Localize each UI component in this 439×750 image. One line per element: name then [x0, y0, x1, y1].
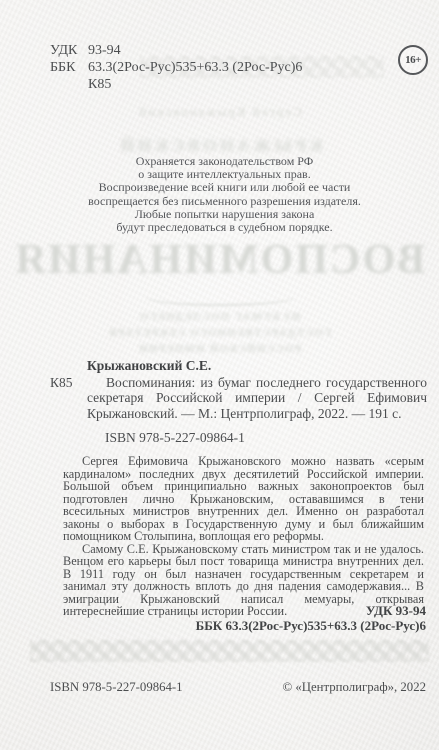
catalog-entry: Крыжановский С.Е. К85 Воспоминания: из б…	[50, 358, 427, 446]
footer-isbn: ISBN 978-5-227-09864-1	[50, 680, 183, 695]
notice-line: воспрещается без письменного разрешения …	[35, 195, 414, 208]
notice-line: будут преследоваться в судебном порядке.	[35, 221, 414, 234]
bbk-label: ББК	[50, 59, 88, 76]
classification-codes: УДК 93-94 ББК 63.3(2Рос-Рус)535+63.3 (2Р…	[50, 42, 302, 93]
copyright-protection-notice: Охраняется законодательством РФ о защите…	[35, 155, 414, 234]
catalog-description-row: К85 Воспоминания: из бумаг последнего го…	[50, 375, 427, 422]
bottom-classification-codes: УДК 93-94 ББК 63.3(2Рос-Рус)535+63.3 (2Р…	[196, 603, 426, 633]
ghost-subtitle-line: ИЗ БУМАГ ПОСЛЕДНЕГО	[0, 312, 439, 323]
bottom-bbk: ББК 63.3(2Рос-Рус)535+63.3 (2Рос-Рус)6	[196, 618, 426, 633]
footer: ISBN 978-5-227-09864-1 © «Центрполиграф»…	[50, 680, 426, 695]
ghost-subtitle-line: ГОСУДАРСТВЕННОГО СЕКРЕТАРЯ	[0, 328, 439, 339]
book-imprint-page: Сергей Крыжановский КРЫЖАНОВСКИЙ ВОСПОМИ…	[0, 0, 439, 750]
udk-value: 93-94	[88, 42, 121, 59]
footer-copyright: © «Центрполиграф», 2022	[282, 680, 426, 695]
catalog-book-code: К85	[50, 375, 87, 422]
notice-line: Воспроизведение всей книги или любой ее …	[35, 181, 414, 194]
bbk-value: 63.3(2Рос-Рус)535+63.3 (2Рос-Рус)6	[88, 59, 302, 76]
ghost-ornament-band-bottom	[30, 640, 429, 662]
ghost-author-line: Сергей Крыжановский	[0, 104, 439, 120]
bbk-row: ББК 63.3(2Рос-Рус)535+63.3 (2Рос-Рус)6	[50, 59, 302, 76]
ghost-author-name-line: КРЫЖАНОВСКИЙ	[0, 136, 439, 156]
catalog-author: Крыжановский С.Е.	[87, 358, 427, 374]
book-code-row: К85	[50, 76, 302, 93]
udk-row: УДК 93-94	[50, 42, 302, 59]
ghost-book-title: ВОСПОМИНАНИЯ	[0, 236, 439, 284]
ghost-flourish-line	[145, 288, 295, 306]
ghost-subtitle-line: РОССИЙСКОЙ ИМПЕРИИ	[0, 344, 439, 355]
annotation: Сергея Ефимовича Крыжановского можно наз…	[63, 455, 424, 618]
udk-label: УДК	[50, 42, 88, 59]
bottom-udk: УДК 93-94	[196, 603, 426, 618]
annotation-paragraph-1: Сергея Ефимовича Крыжановского можно наз…	[63, 455, 424, 543]
age-rating-badge: 16+	[398, 45, 428, 75]
catalog-description: Воспоминания: из бумаг последнего госуда…	[87, 375, 427, 422]
book-code: К85	[88, 76, 111, 93]
catalog-isbn: ISBN 978-5-227-09864-1	[105, 430, 427, 446]
